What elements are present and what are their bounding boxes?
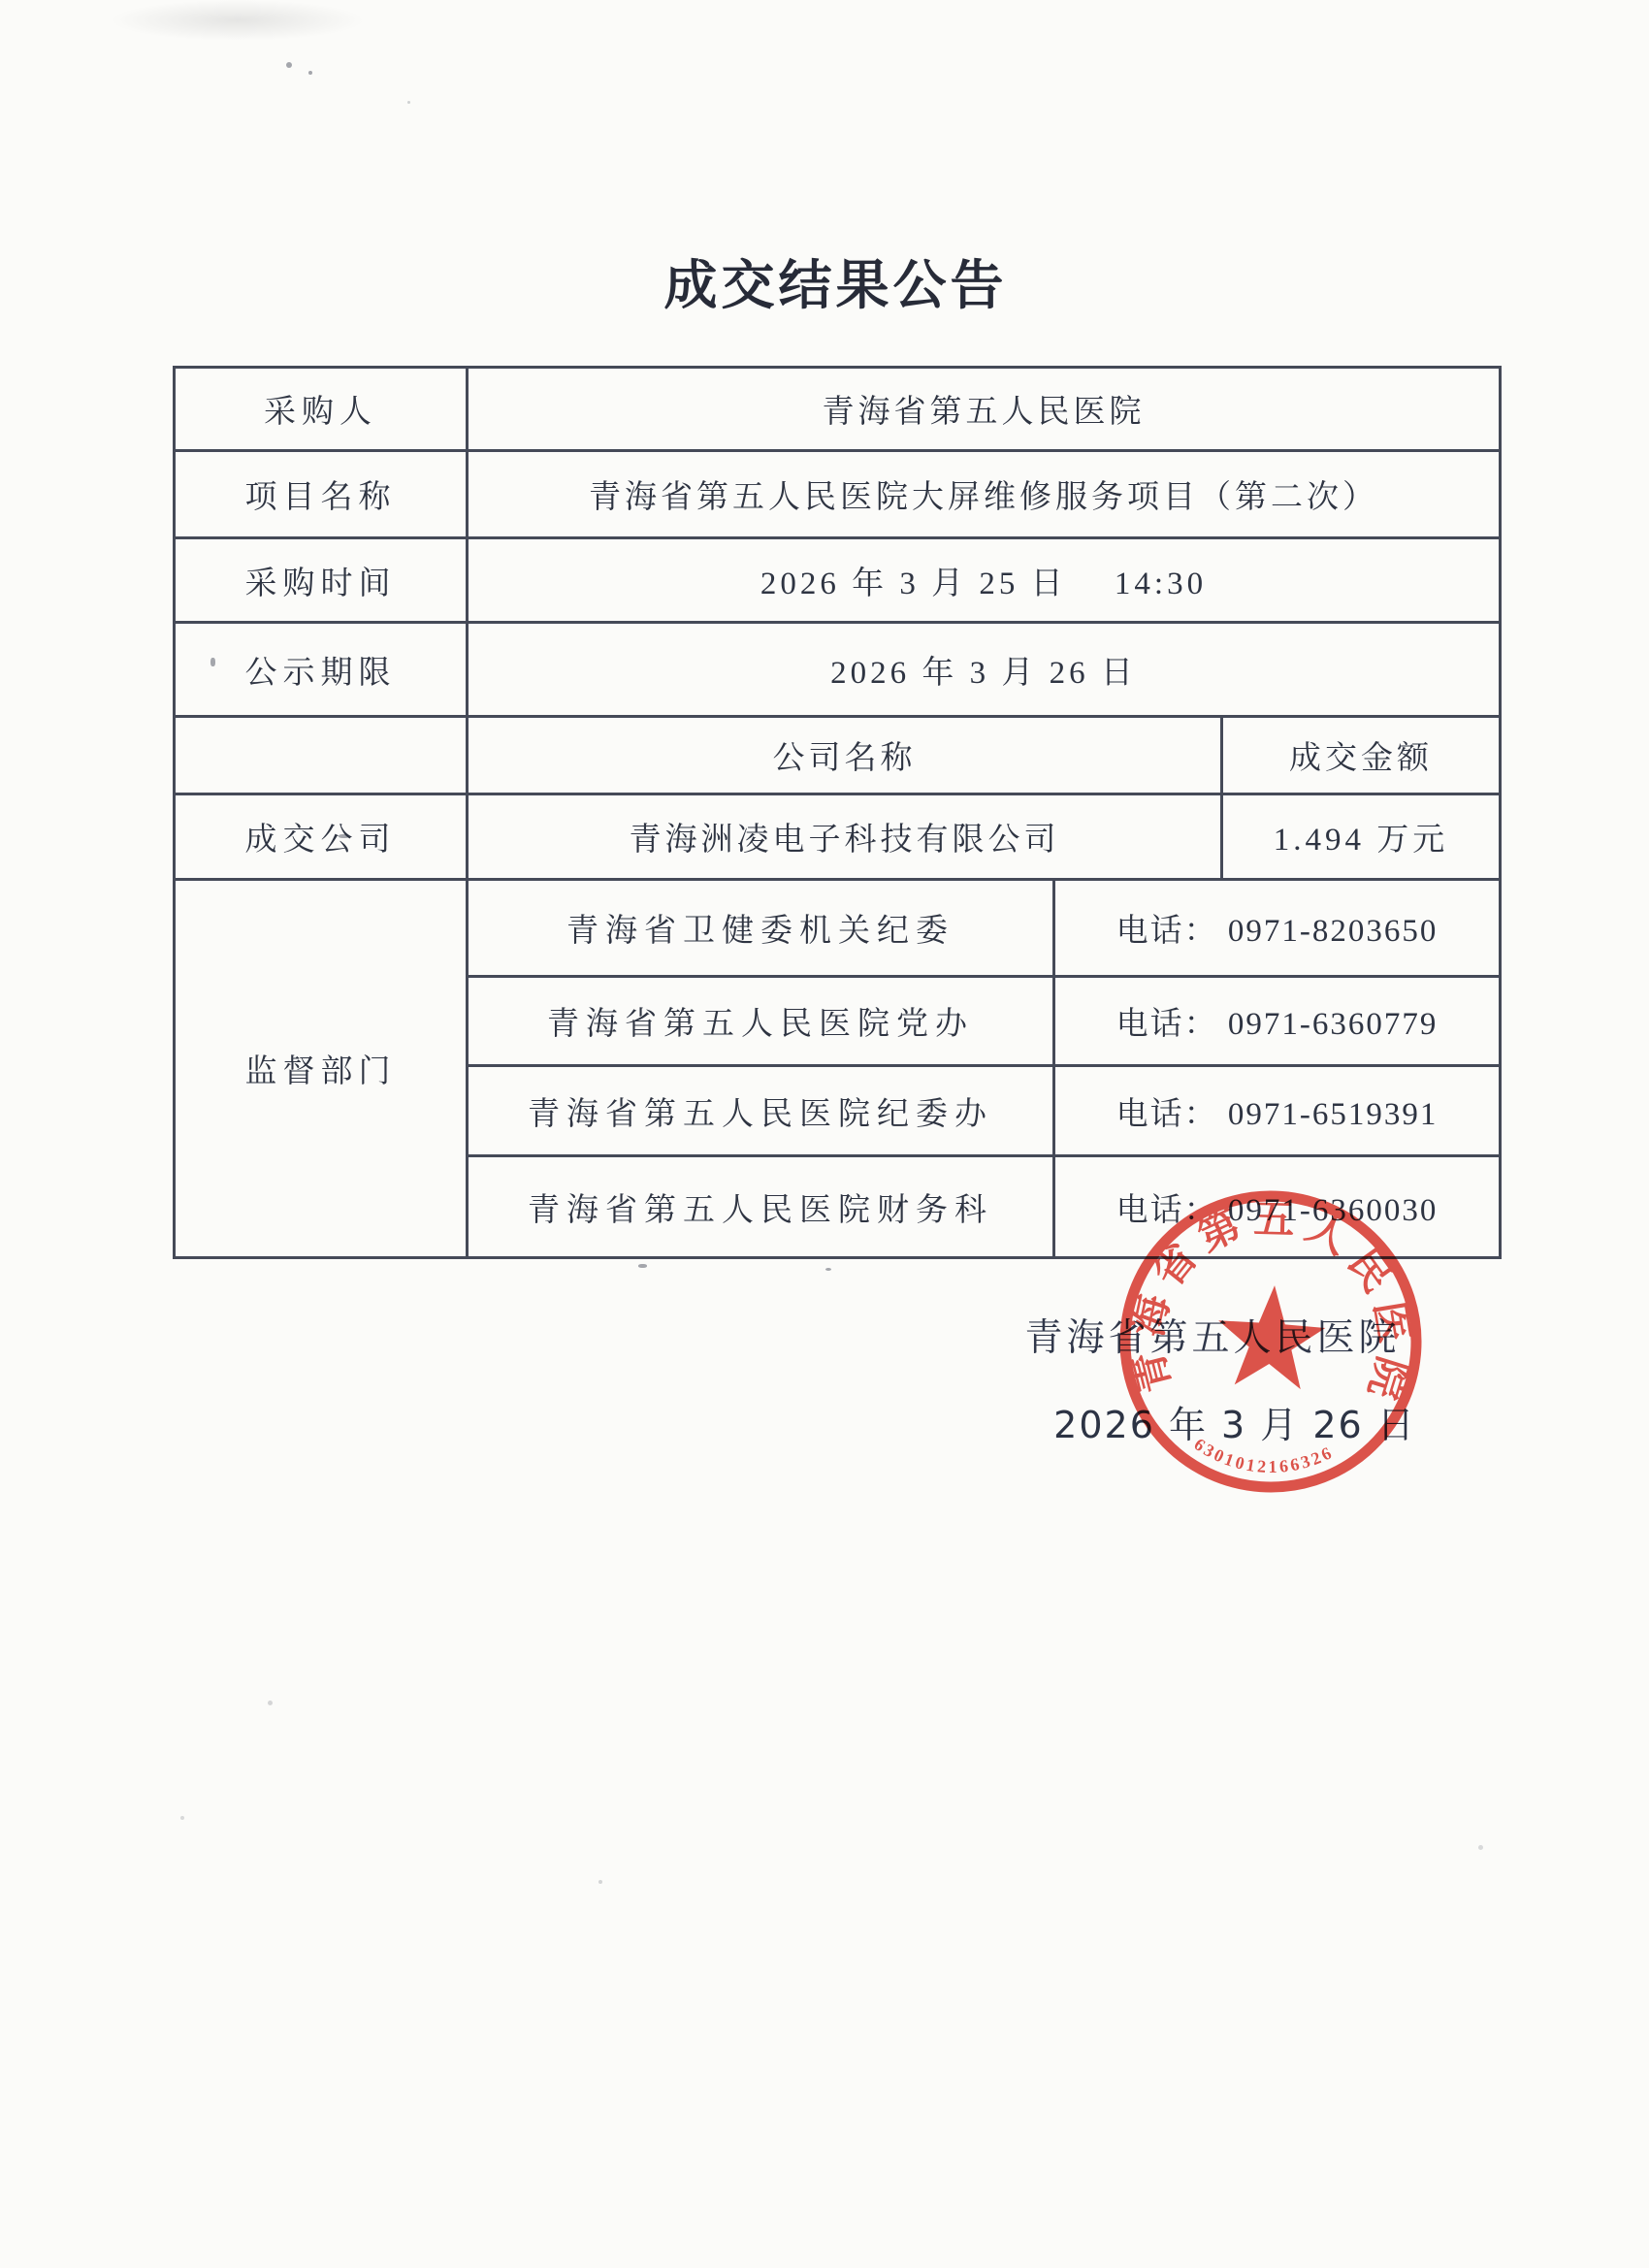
- supervision-dept-name: 青海省第五人民医院党办: [468, 977, 1054, 1066]
- table-row: 项目名称 青海省第五人民医院大屏维修服务项目（第二次）: [175, 451, 1501, 538]
- row-label-purchase-time: 采购时间: [175, 538, 468, 623]
- supervision-dept-phone: 电话： 0971-6360779: [1054, 977, 1501, 1066]
- page-title: 成交结果公告: [173, 243, 1499, 319]
- row-value-purchase-time: 2026 年 3 月 25 日 14:30: [468, 538, 1501, 623]
- empty-cell: [175, 717, 468, 794]
- row-label-publicity-period: 公示期限: [175, 623, 468, 717]
- table-row: 监督部门 青海省卫健委机关纪委 电话： 0971-8203650: [175, 880, 1501, 977]
- supervision-dept-phone: 电话： 0971-6360030: [1054, 1156, 1501, 1258]
- supervision-dept-name: 青海省卫健委机关纪委: [468, 880, 1054, 977]
- table-row: 公司名称 成交金额: [175, 717, 1501, 794]
- scan-speck: [286, 62, 292, 68]
- deal-amount: 1.494 万元: [1222, 794, 1501, 880]
- signature-date: 2026 年 3 月 26 日: [1046, 1395, 1424, 1448]
- scan-speck: [638, 1264, 647, 1268]
- scan-speck: [825, 1268, 831, 1271]
- table-row: 公示期限 2026 年 3 月 26 日: [175, 623, 1501, 717]
- signature-organization: 青海省第五人民医院: [1009, 1308, 1416, 1362]
- row-value-purchaser: 青海省第五人民医院: [468, 368, 1501, 451]
- column-header-company-name: 公司名称: [468, 717, 1222, 794]
- scan-speck: [180, 1816, 184, 1820]
- scan-speck: [1478, 1845, 1483, 1850]
- result-table: 采购人 青海省第五人民医院 项目名称 青海省第五人民医院大屏维修服务项目（第二次…: [173, 366, 1502, 1259]
- column-header-deal-amount: 成交金额: [1222, 717, 1501, 794]
- table-row: 采购时间 2026 年 3 月 25 日 14:30: [175, 538, 1501, 623]
- row-label-project-name: 项目名称: [175, 451, 468, 538]
- scan-smudge: [112, 0, 364, 41]
- row-label-supervision-dept: 监督部门: [175, 880, 468, 1258]
- supervision-dept-phone: 电话： 0971-6519391: [1054, 1066, 1501, 1156]
- table-row: 采购人 青海省第五人民医院: [175, 368, 1501, 451]
- row-label-deal-company: 成交公司: [175, 794, 468, 880]
- scan-speck: [308, 71, 312, 75]
- scan-speck: [268, 1701, 273, 1705]
- supervision-dept-phone: 电话： 0971-8203650: [1054, 880, 1501, 977]
- table-row: 成交公司 青海洲凌电子科技有限公司 1.494 万元: [175, 794, 1501, 880]
- scan-speck: [598, 1880, 602, 1884]
- scan-speck: [407, 101, 410, 104]
- supervision-dept-name: 青海省第五人民医院财务科: [468, 1156, 1054, 1258]
- row-value-project-name: 青海省第五人民医院大屏维修服务项目（第二次）: [468, 451, 1501, 538]
- row-label-purchaser: 采购人: [175, 368, 468, 451]
- supervision-dept-name: 青海省第五人民医院纪委办: [468, 1066, 1054, 1156]
- deal-company-name: 青海洲凌电子科技有限公司: [468, 794, 1222, 880]
- row-value-publicity-period: 2026 年 3 月 26 日: [468, 623, 1501, 717]
